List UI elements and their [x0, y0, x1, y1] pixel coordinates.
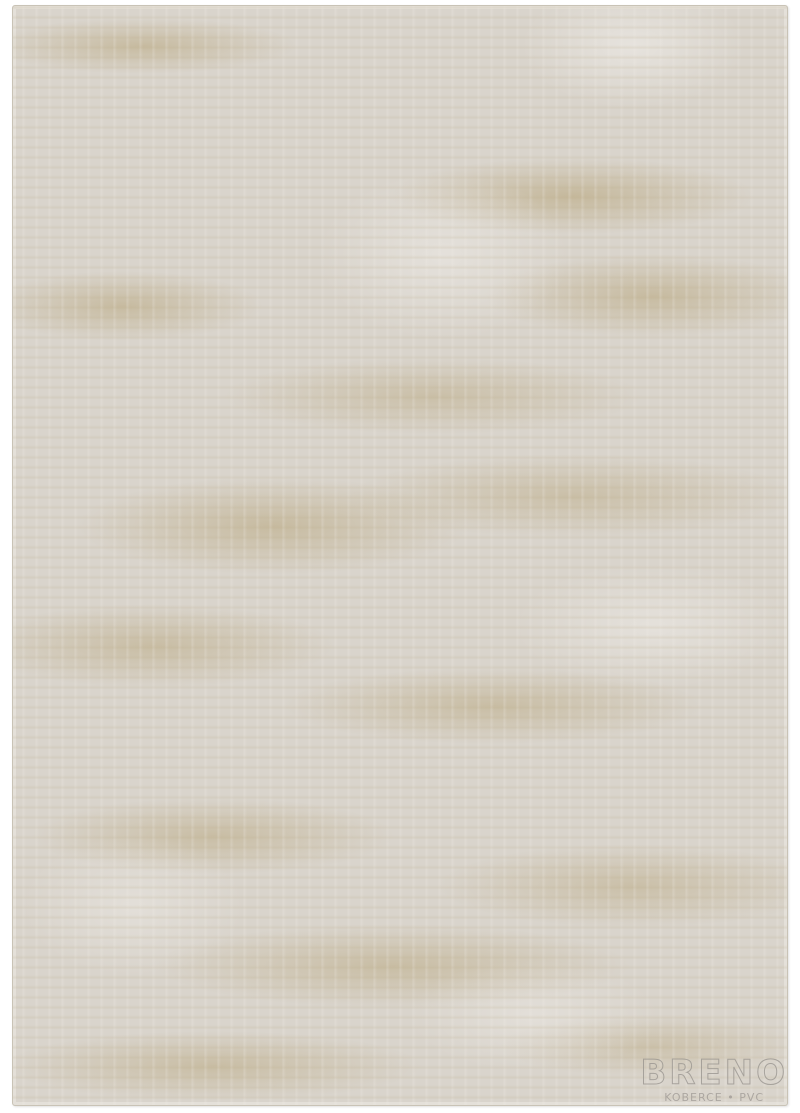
watermark-subtitle: KOBERCE • PVC: [640, 1092, 788, 1103]
watermark-brand: BRENO: [640, 1056, 788, 1090]
brand-watermark: BRENO KOBERCE • PVC: [640, 1056, 788, 1103]
rug-product-image: [12, 5, 788, 1106]
rug-weave-texture: [13, 6, 787, 1105]
